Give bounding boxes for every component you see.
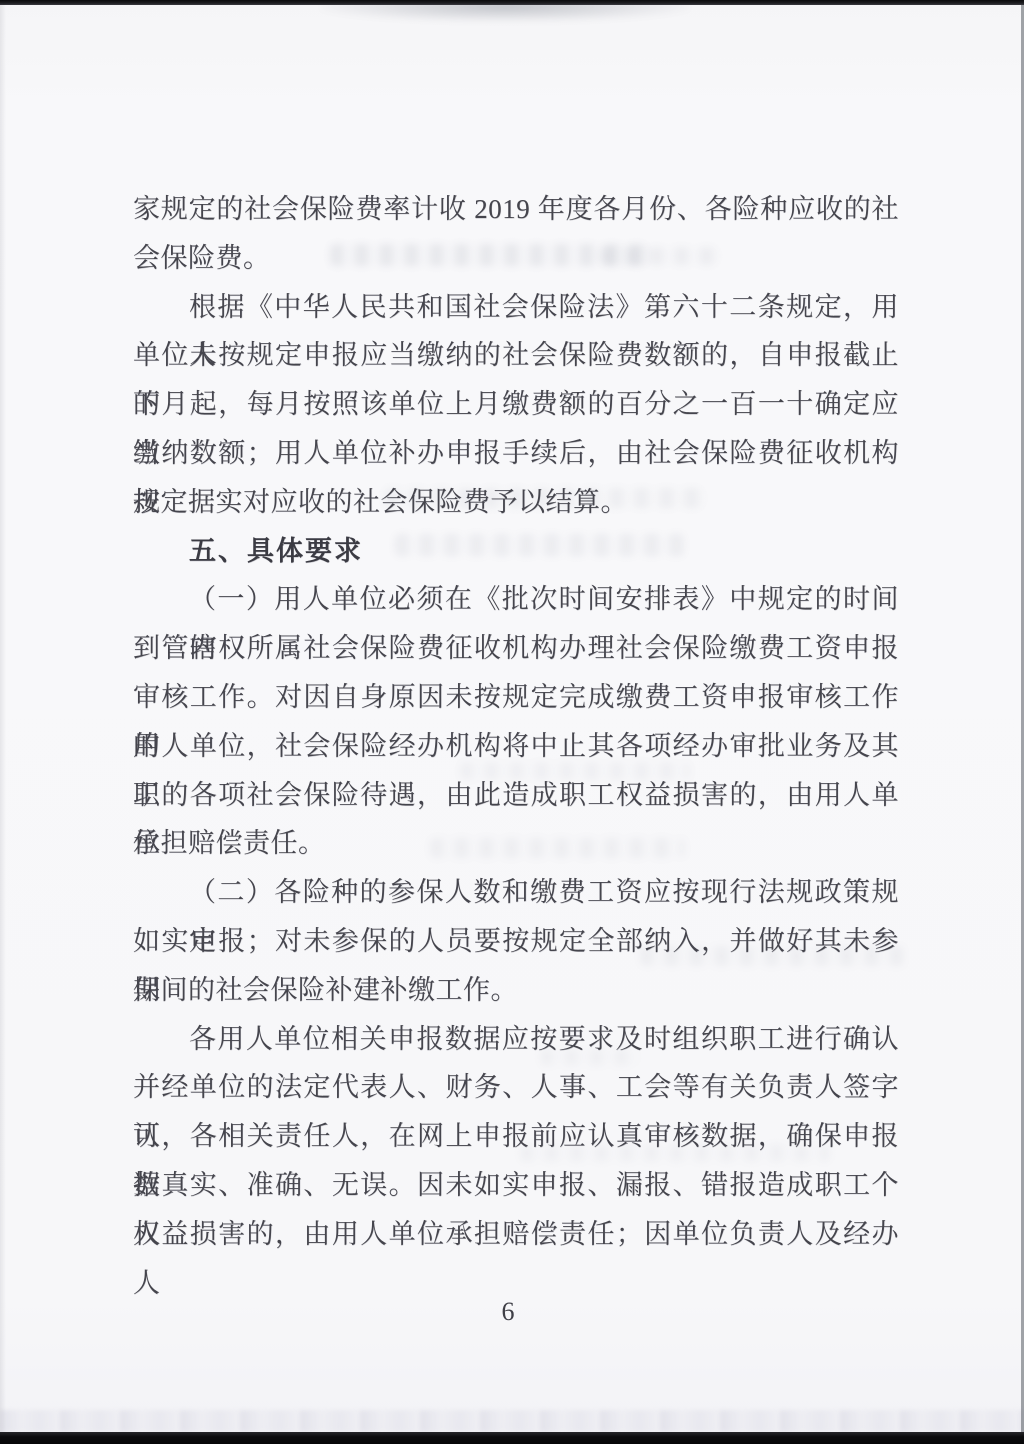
page-number: 6	[133, 1297, 883, 1327]
text-line: 缴纳数额；用人单位补办申报手续后，由社会保险费征收机构按	[133, 429, 899, 478]
scanned-document-page: 家规定的社会保险费率计收 2019 年度各月份、各险种应收的社 会保险费。 根据…	[0, 0, 1024, 1444]
text-line: 下月起，每月按照该单位上月缴费额的百分之一百一十确定应当	[133, 380, 899, 429]
scan-edge-bottom	[0, 1432, 1024, 1444]
text-line: 据真实、准确、无误。因未如实申报、漏报、错报造成职工个人	[133, 1161, 899, 1210]
text-line: 承担赔偿责任。	[133, 819, 899, 868]
text-line: 权益损害的，由用人单位承担赔偿责任；因单位负责人及经办人	[133, 1210, 899, 1259]
text-line: 各用人单位相关申报数据应按要求及时组织职工进行确认	[133, 1015, 899, 1064]
text-line: 期间的社会保险补建补缴工作。	[133, 966, 899, 1015]
text-line: 如实申报；对未参保的人员要按规定全部纳入，并做好其未参保	[133, 917, 899, 966]
text-line: 到管辖权所属社会保险费征收机构办理社会保险缴费工资申报	[133, 624, 899, 673]
text-line: 会保险费。	[133, 234, 899, 283]
text-line: 工的各项社会保险待遇，由此造成职工权益损害的，由用人单位	[133, 771, 899, 820]
text-line: 审核工作。对因自身原因未按规定完成缴费工资申报审核工作的	[133, 673, 899, 722]
scan-edge-left	[0, 0, 6, 1444]
document-body: 家规定的社会保险费率计收 2019 年度各月份、各险种应收的社 会保险费。 根据…	[133, 185, 899, 1259]
text-line: 用人单位，社会保险经办机构将中止其各项经办审批业务及其职	[133, 722, 899, 771]
text-line: 规定据实对应收的社会保险费予以结算。	[133, 478, 899, 527]
text-line: （一）用人单位必须在《批次时间安排表》中规定的时间内	[133, 575, 899, 624]
text-line: （二）各险种的参保人数和缴费工资应按现行法规政策规定	[133, 868, 899, 917]
scanner-mottle-band	[0, 1410, 1024, 1432]
text-line: 家规定的社会保险费率计收 2019 年度各月份、各险种应收的社	[133, 185, 899, 234]
text-line: 可，各相关责任人，在网上申报前应认真审核数据，确保申报数	[133, 1112, 899, 1161]
scan-edge-top	[0, 0, 1024, 5]
text-line: 根据《中华人民共和国社会保险法》第六十二条规定，用人	[133, 283, 899, 332]
section-heading: 五、具体要求	[133, 527, 899, 576]
text-line: 并经单位的法定代表人、财务、人事、工会等有关负责人签字认	[133, 1063, 899, 1112]
text-line: 单位未按规定申报应当缴纳的社会保险费数额的，自申报截止的	[133, 331, 899, 380]
